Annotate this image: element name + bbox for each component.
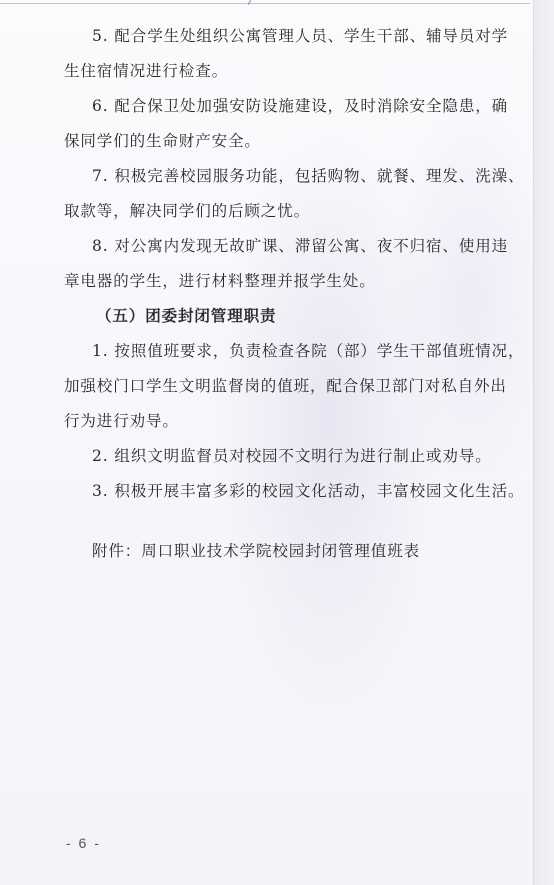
section-heading-5: （五）团委封闭管理职责 — [96, 306, 276, 326]
attachment-note: 附件：周口职业技术学院校园封闭管理值班表 — [92, 541, 420, 561]
item-7-line-2: 取款等，解决同学们的后顾之忧。 — [64, 201, 310, 221]
item-8-line-1: 8. 对公寓内发现无故旷课、滞留公寓、夜不归宿、使用违 — [92, 236, 508, 256]
duty-1-line-2: 加强校门口学生文明监督岗的值班，配合保卫部门对私自外出 — [64, 376, 507, 396]
page-number: - 6 - — [66, 835, 101, 851]
duty-3: 3. 积极开展丰富多彩的校园文化活动，丰富校园文化生活。 — [92, 481, 524, 501]
item-6-line-1: 6. 配合保卫处加强安防设施建设，及时消除安全隐患，确 — [92, 96, 508, 116]
duty-1-line-3: 行为进行劝导。 — [64, 411, 179, 431]
duty-2: 2. 组织文明监督员对校园不文明行为进行制止或劝导。 — [92, 446, 492, 466]
item-6-line-2: 保同学们的生命财产安全。 — [64, 131, 261, 151]
duty-1-line-1: 1. 按照值班要求，负责检查各院（部）学生干部值班情况， — [92, 341, 524, 361]
item-7-line-1: 7. 积极完善校园服务功能，包括购物、就餐、理发、洗澡、 — [92, 166, 524, 186]
page-top-edge — [0, 3, 530, 4]
item-5-line-2: 生住宿情况进行检查。 — [64, 61, 228, 81]
item-5-line-1: 5. 配合学生处组织公寓管理人员、学生干部、辅导员对学 — [92, 26, 508, 46]
page-right-edge — [533, 0, 554, 885]
item-8-line-2: 章电器的学生，进行材料整理并报学生处。 — [64, 271, 376, 291]
